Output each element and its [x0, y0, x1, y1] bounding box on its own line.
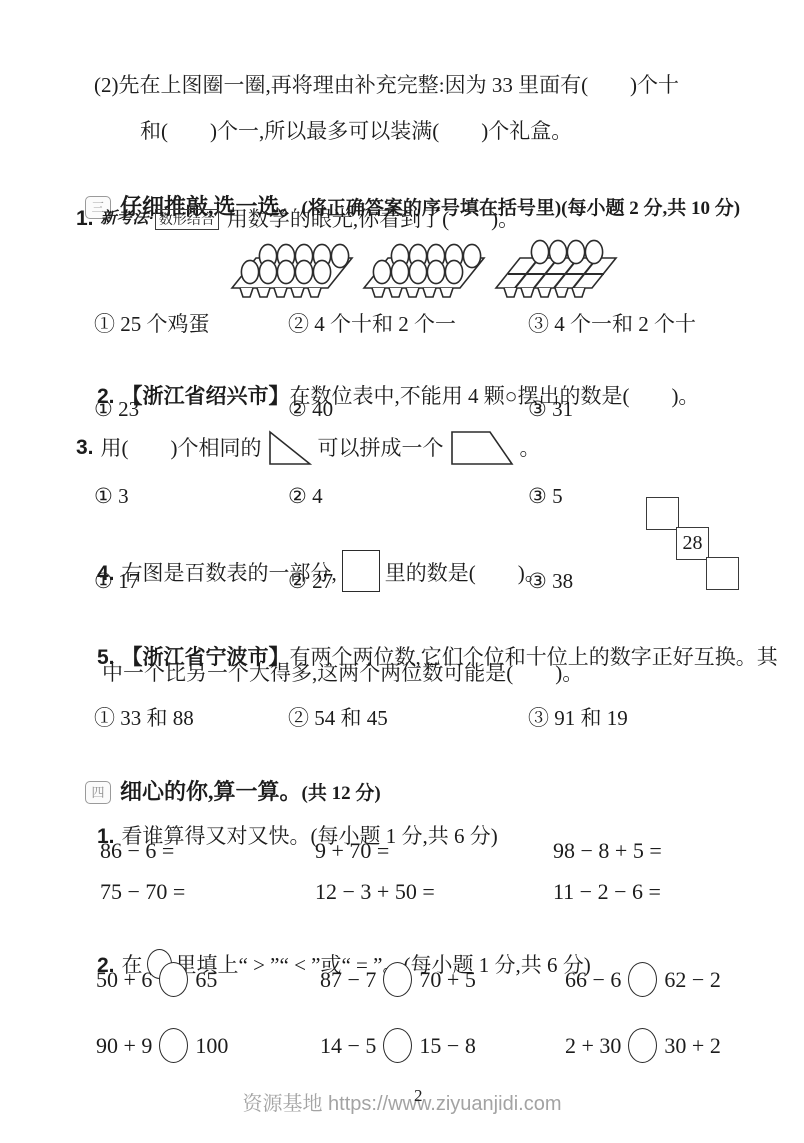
watermark: 资源基地 https://www.ziyuanjidi.com	[0, 1087, 804, 1116]
worksheet-page: (2)先在上图圈一圈,再将理由补充完整:因为 33 里面有( )个十 和( )个…	[0, 0, 804, 1143]
compare-item: 66 − 6 62 − 2	[565, 962, 721, 997]
egg-tray-partial-3	[496, 240, 616, 297]
trapezoid-icon	[450, 430, 514, 466]
option-1: ① 25 个鸡蛋	[94, 309, 288, 339]
option-1: ① 17	[94, 566, 288, 596]
page-number: 2	[414, 1086, 423, 1106]
grid-square-value: 28	[683, 532, 703, 555]
compare-item: 50 + 6 65	[96, 962, 320, 997]
question-1-options: ① 25 个鸡蛋 ② 4 个十和 2 个一 ③ 4 个一和 2 个十	[94, 309, 696, 339]
question-1: 1. 新考法· 数形结合 用数学的眼光,你看到了( )。	[76, 204, 519, 234]
compare-row-1: 50 + 6 65 87 − 7 70 + 5 66 − 6 62 − 2	[96, 962, 721, 997]
option-1: ① 3	[94, 481, 288, 511]
answer-circle-icon	[159, 962, 188, 997]
option-2: ② 54 和 45	[288, 703, 528, 733]
grid-square-top	[646, 497, 679, 530]
egg-trays-figure	[228, 232, 628, 310]
compare-left: 2 + 30	[565, 1031, 621, 1061]
compare-item: 90 + 9 100	[96, 1028, 320, 1063]
option-1: ① 33 和 88	[94, 703, 288, 733]
question-3-text-1: 用( )个相同的	[101, 433, 262, 463]
calc-item: 86 − 6 =	[100, 836, 315, 866]
question-4-options: ① 17 ② 27 ③ 38	[94, 566, 573, 596]
compare-item: 87 − 7 70 + 5	[320, 962, 565, 997]
question-1-number: 1.	[76, 204, 94, 234]
calc-item: 12 − 3 + 50 =	[315, 877, 553, 907]
option-3: ③ 31	[528, 394, 573, 424]
option-3: ③ 38	[528, 566, 573, 596]
compare-left: 87 − 7	[320, 965, 376, 995]
compare-right: 65	[195, 965, 217, 995]
question-3-options: ① 3 ② 4 ③ 5	[94, 481, 563, 511]
egg-tray-full-2	[364, 244, 484, 297]
question-3-text-2: 可以拼成一个	[318, 433, 444, 463]
compare-item: 2 + 30 30 + 2	[565, 1028, 721, 1063]
new-method-badge-box: 数形结合	[155, 209, 219, 230]
option-3: ③ 5	[528, 481, 563, 511]
answer-circle-icon	[159, 1028, 188, 1063]
compare-right: 15 − 8	[419, 1031, 475, 1061]
calc-item: 9 + 70 =	[315, 836, 553, 866]
calc-item: 11 − 2 − 6 =	[553, 877, 661, 907]
compare-right: 70 + 5	[419, 965, 475, 995]
egg-tray-full-1	[232, 244, 352, 297]
option-3: ③ 4 个一和 2 个十	[528, 309, 696, 339]
calc-item: 75 − 70 =	[100, 877, 315, 907]
compare-item: 14 − 5 15 − 8	[320, 1028, 565, 1063]
option-2: ② 40	[288, 394, 528, 424]
compare-left: 14 − 5	[320, 1031, 376, 1061]
compare-right: 100	[195, 1031, 228, 1061]
question-5-line-2: 中一个比另一个大得多,这两个两位数可能是( )。	[102, 658, 583, 688]
calc-row-2: 75 − 70 = 12 − 3 + 50 = 11 − 2 − 6 =	[100, 877, 661, 907]
fill-question-line-2: 和( )个一,所以最多可以装满( )个礼盒。	[140, 116, 572, 146]
compare-right: 30 + 2	[664, 1031, 720, 1061]
answer-circle-icon	[628, 1028, 657, 1063]
grid-square-bottom	[706, 557, 739, 590]
calc-row-1: 86 − 6 = 9 + 70 = 98 − 8 + 5 =	[100, 836, 662, 866]
hundred-chart-fragment: 28	[646, 497, 742, 593]
grid-square-28: 28	[676, 527, 709, 560]
compare-left: 50 + 6	[96, 965, 152, 995]
question-2-options: ① 23 ② 40 ③ 31	[94, 394, 573, 424]
answer-circle-icon	[383, 962, 412, 997]
question-3-number: 3.	[76, 433, 94, 463]
compare-row-2: 90 + 9 100 14 − 5 15 − 8 2 + 30 30 + 2	[96, 1028, 721, 1063]
option-1: ① 23	[94, 394, 288, 424]
question-5-options: ① 33 和 88 ② 54 和 45 ③ 91 和 19	[94, 703, 628, 733]
compare-right: 62 − 2	[664, 965, 720, 995]
option-2: ② 4	[288, 481, 528, 511]
question-1-text: 用数学的眼光,你看到了( )。	[227, 204, 519, 234]
fill-question-line-1: (2)先在上图圈一圈,再将理由补充完整:因为 33 里面有( )个十	[94, 70, 679, 100]
compare-left: 90 + 9	[96, 1031, 152, 1061]
new-method-badge-prefix: 新考法·	[101, 204, 154, 234]
question-3-text-3: 。	[520, 433, 541, 463]
new-method-badge: 新考法· 数形结合	[101, 204, 219, 234]
calc-item: 98 − 8 + 5 =	[553, 836, 662, 866]
compare-left: 66 − 6	[565, 965, 621, 995]
option-3: ③ 91 和 19	[528, 703, 628, 733]
option-2: ② 4 个十和 2 个一	[288, 309, 528, 339]
question-3: 3. 用( )个相同的 可以拼成一个 。	[76, 430, 541, 466]
right-triangle-icon	[268, 430, 312, 466]
option-2: ② 27	[288, 566, 528, 596]
answer-circle-icon	[383, 1028, 412, 1063]
answer-circle-icon	[628, 962, 657, 997]
